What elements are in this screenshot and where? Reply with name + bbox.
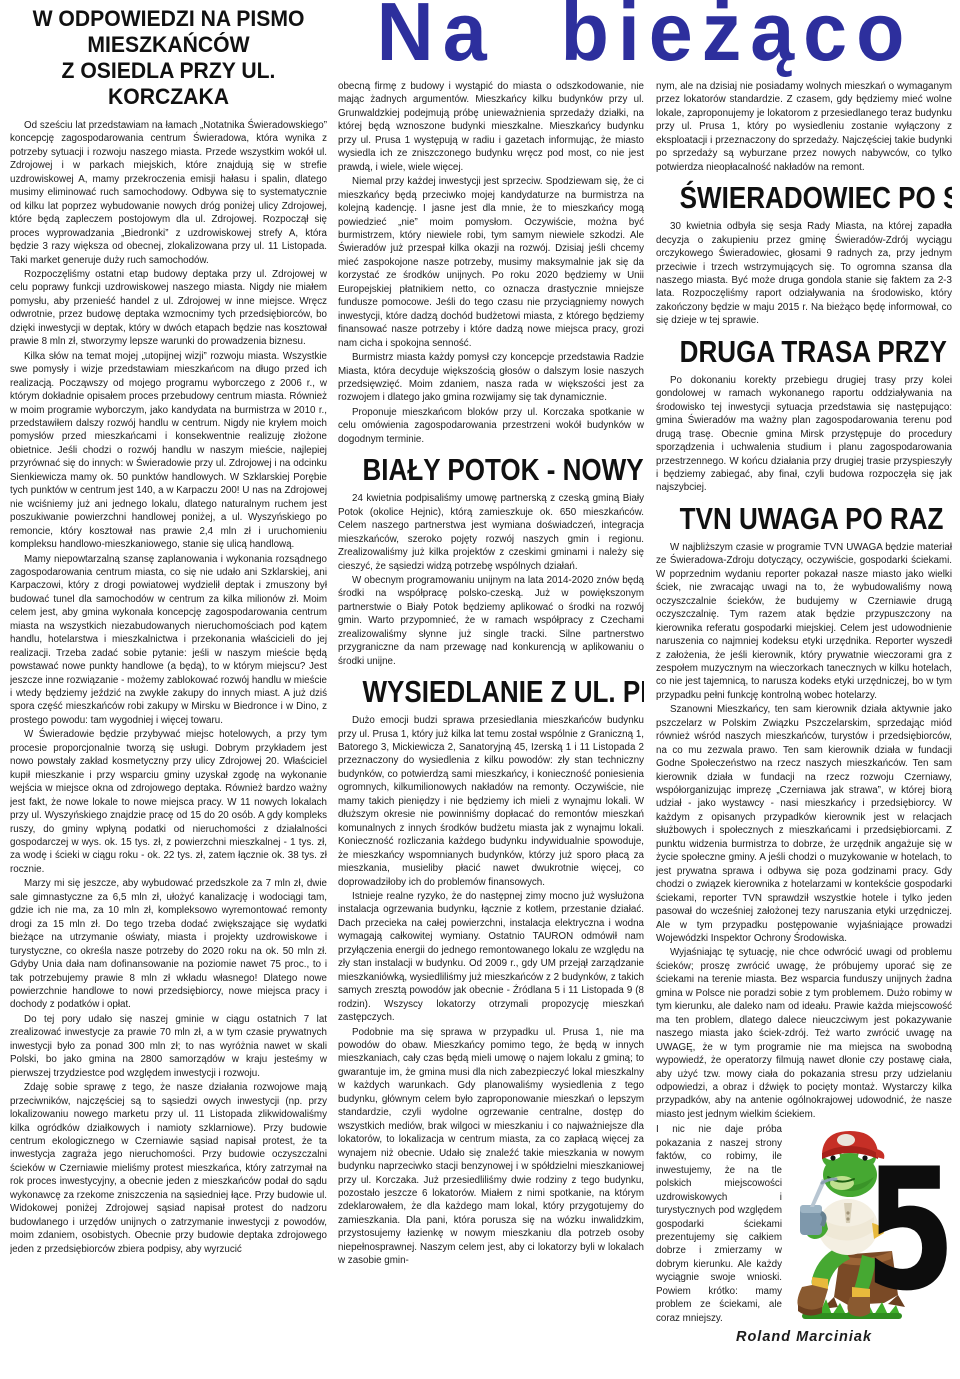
article-paragraph: Burmistrz miasta każdy pomysł czy koncep… [338, 351, 644, 405]
section-heading-tvn-uwaga: TVN UWAGA PO RAZ DRUGI [680, 502, 929, 536]
article-paragraph-continuation: nym, ale na dzisiaj nie posiadamy wolnyc… [656, 80, 952, 174]
article-paragraph: Proponuje mieszkańcom bloków przy ul. Ko… [338, 406, 644, 446]
section-heading-druga-trasa: DRUGA TRASA PRZY GONDOLI [680, 335, 929, 369]
article-paragraph: Od sześciu lat przedstawiam na łamach „N… [10, 119, 327, 267]
right-column: nym, ale na dzisiaj nie posiadamy wolnyc… [656, 80, 952, 1376]
middle-column: obecną firmę z budowy i wystąpić do mias… [338, 80, 644, 1376]
left-column-article: W ODPOWIEDZI NA PISMO MIESZKAŃCÓW Z OSIE… [10, 6, 327, 1374]
article-paragraph: Po dokonaniu korekty przebiegu drugiej t… [656, 374, 952, 495]
frog-mascot-figure: 5 [788, 1127, 952, 1323]
newspaper-page: Na bieżąco W ODPOWIEDZI NA PISMO MIESZKA… [0, 0, 960, 1379]
article-paragraph: Do tej pory udało się naszej gminie w ci… [10, 1013, 327, 1080]
page-number: 5 [865, 1155, 952, 1305]
author-signature: Roland Marciniak [656, 1329, 952, 1345]
article-paragraph: 30 kwietnia odbyła się sesja Rady Miasta… [656, 220, 952, 328]
article-paragraph: Wyjaśniając tę sytuację, nie chce odwróc… [656, 946, 952, 1121]
article-paragraph: Dużo emocji budzi sprawa przesiedlania m… [338, 714, 644, 889]
left-article-title-line2: Z OSIEDLA PRZY UL. KORCZAKA [20, 58, 318, 110]
section-heading-wysiedlanie: WYSIEDLANIE Z UL. PRUSA 1 [362, 675, 619, 709]
closing-block: 5 I nic nie daje próba pokazania z nasze… [656, 1123, 952, 1345]
article-paragraph: Rozpoczęliśmy ostatni etap budowy deptak… [10, 268, 327, 349]
article-paragraph: Mamy niepowtarzalną szansę zaplanowania … [10, 553, 327, 728]
article-paragraph: 24 kwietnia podpisaliśmy umowę partnersk… [338, 492, 644, 573]
article-paragraph: Niemal przy każdej inwestycji jest sprze… [338, 175, 644, 350]
article-paragraph: W Świeradowie będzie przybywać miejsc ho… [10, 728, 327, 876]
article-paragraph: Istnieje realne ryzyko, że do następnej … [338, 890, 644, 1025]
article-paragraph: Podobnie ma się sprawa w przypadku ul. P… [338, 1026, 644, 1268]
masthead-title: Na bieżąco [336, 0, 954, 80]
left-article-title: W ODPOWIEDZI NA PISMO MIESZKAŃCÓW Z OSIE… [20, 6, 318, 110]
section-heading-swieradowiec: ŚWIERADOWIEC PO SESJI [680, 181, 929, 215]
article-paragraph-continuation: obecną firmę z budowy i wystąpić do mias… [338, 80, 644, 174]
left-article-title-line1: W ODPOWIEDZI NA PISMO MIESZKAŃCÓW [20, 6, 318, 58]
article-paragraph: Szanowni Mieszkańcy, ten sam kierownik d… [656, 703, 952, 945]
article-paragraph: W obecnym programowaniu unijnym na lata … [338, 574, 644, 668]
article-paragraph: W najbliższym czasie w programie TVN UWA… [656, 541, 952, 702]
article-paragraph: Zdaję sobie sprawę z tego, że nasze dzia… [10, 1081, 327, 1256]
section-heading-bialy-potok: BIAŁY POTOK - NOWY PARTNER [362, 453, 619, 487]
article-paragraph: Kilka słów na temat mojej „utopijnej wiz… [10, 350, 327, 552]
article-paragraph: Marzy mi się jeszcze, aby wybudować prze… [10, 877, 327, 1012]
